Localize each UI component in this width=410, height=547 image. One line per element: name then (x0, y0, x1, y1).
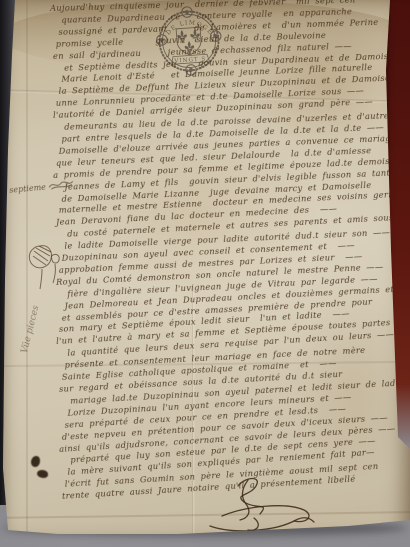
manuscript-lines: Aujourd'huy cinquiesme jour dernier de f… (50, 0, 403, 503)
manuscript-paper-sheet: 7 (0, 0, 410, 547)
manuscript-text-block: Aujourd'huy cinquiesme jour dernier de f… (50, 0, 403, 503)
ink-blot (37, 470, 48, 478)
ink-blot (31, 456, 40, 467)
margin-paraph-icon (48, 177, 75, 191)
margin-vertical-note: Vüe pieces (20, 305, 42, 355)
margin-word-label: septieme (9, 183, 46, 195)
flower-doodle-icon (26, 243, 68, 291)
